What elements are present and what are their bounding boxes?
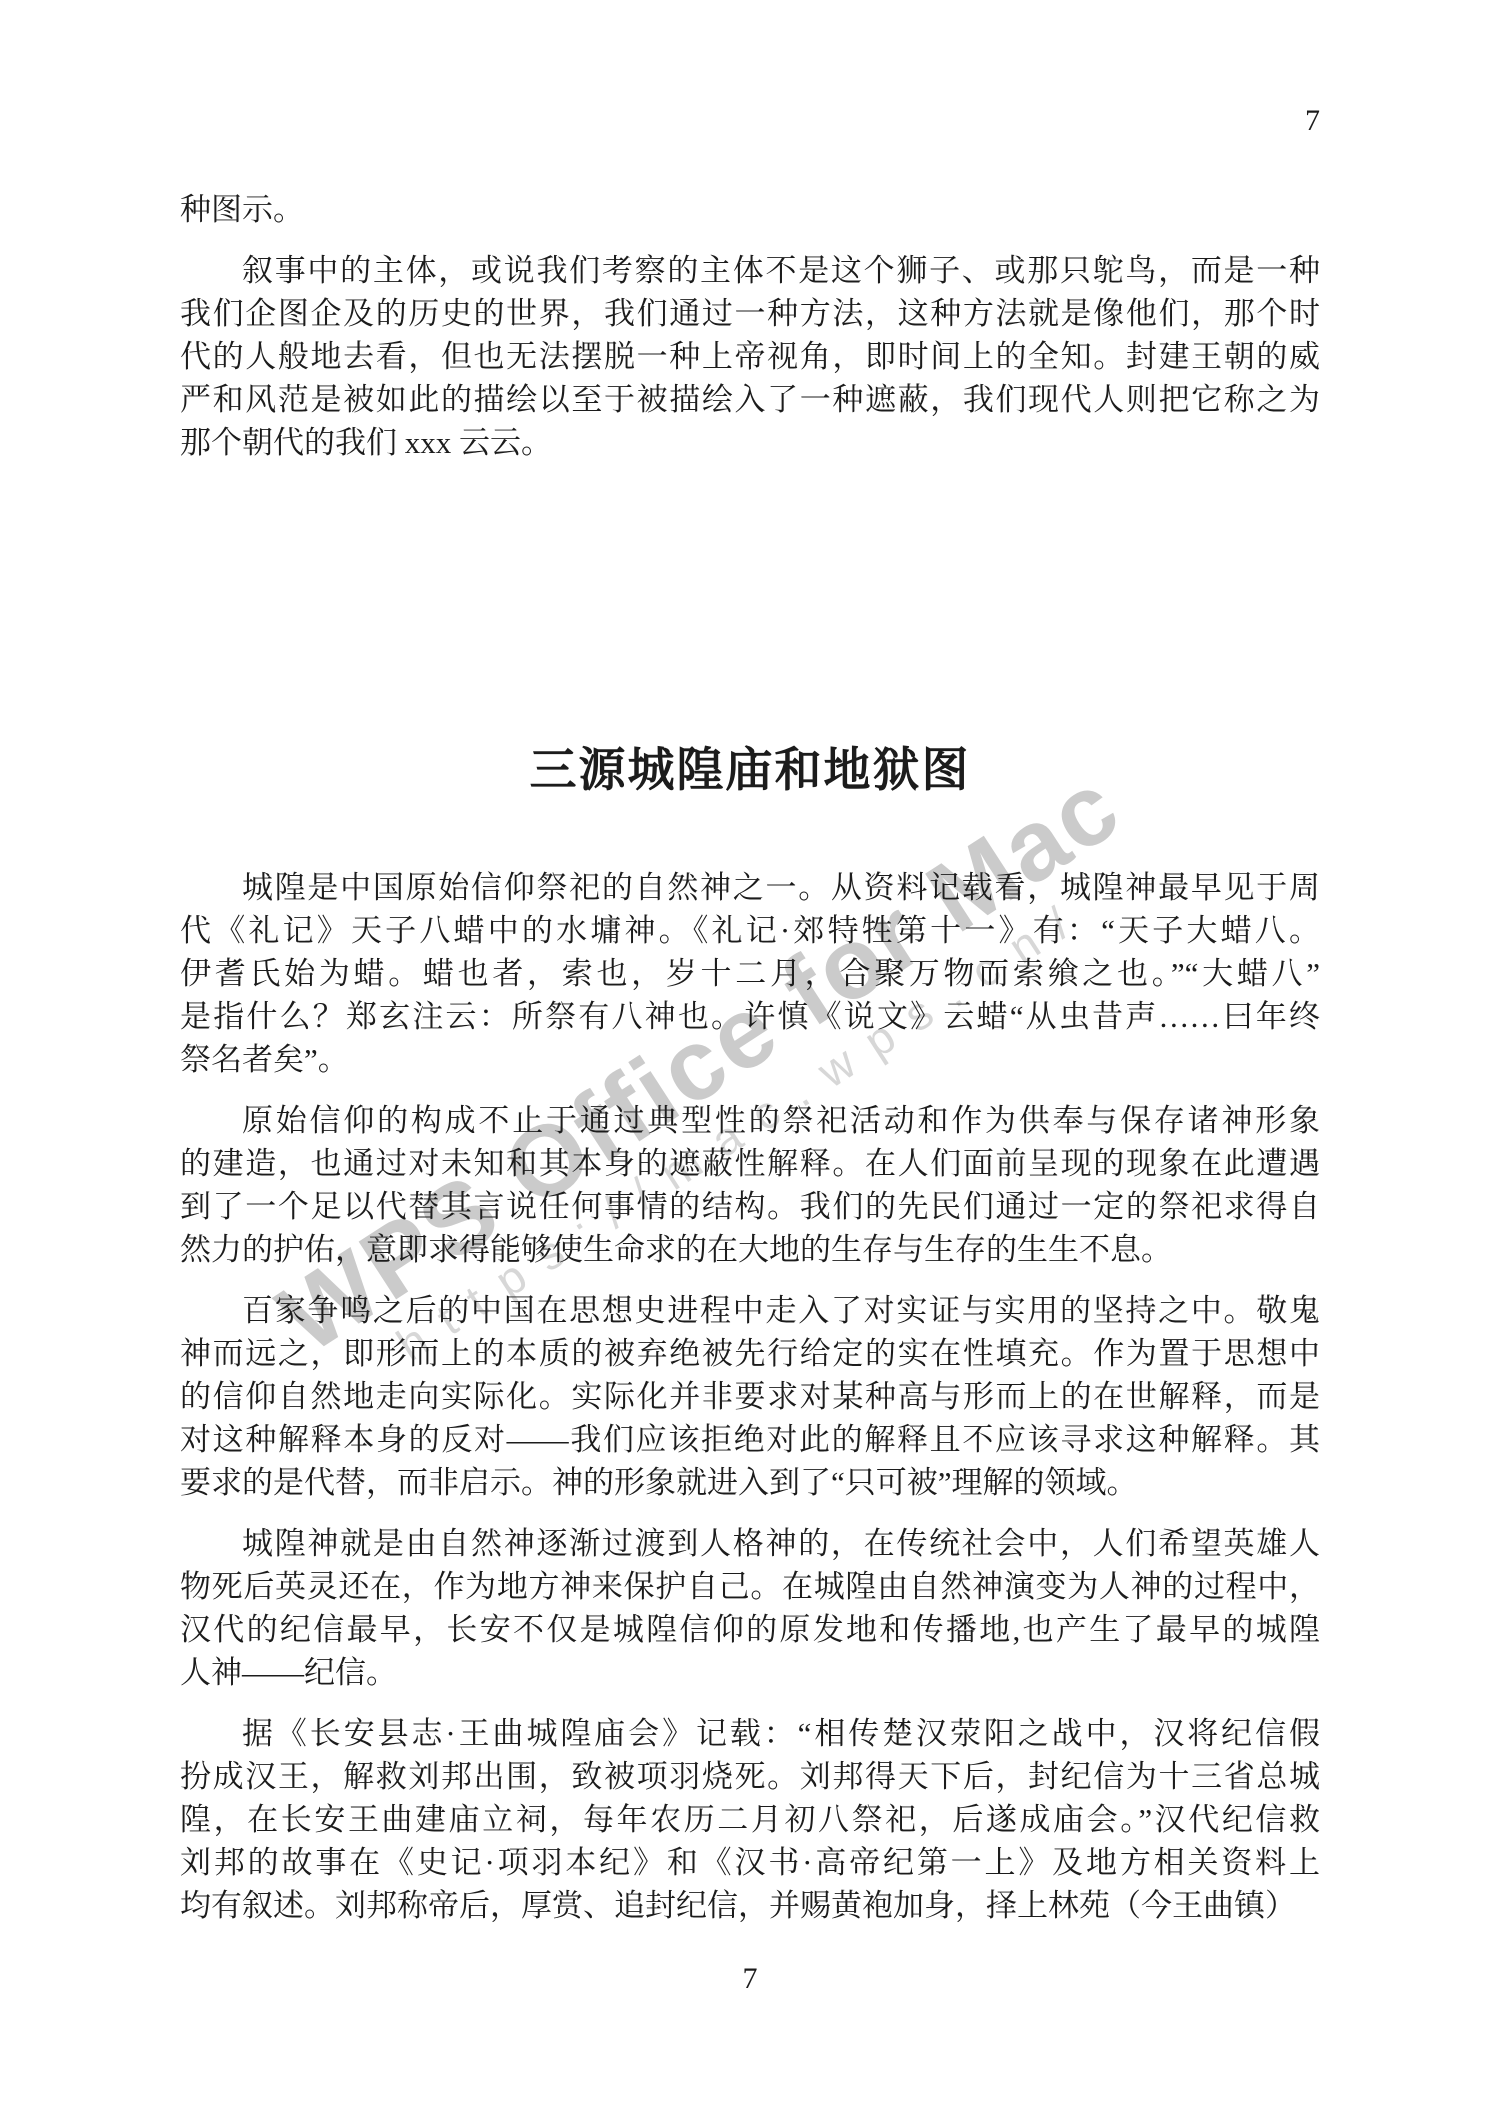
intro-section: 种图示。叙事中的主体，或说我们考察的主体不是这个狮子、或那只鸵鸟，而是一种我们企… <box>180 188 1320 464</box>
paragraph: 百家争鸣之后的中国在思想史进程中走入了对实证与实用的坚持之中。敬鬼神而远之，即形… <box>180 1289 1320 1504</box>
text-line: 那个朝代的我们 xxx 云云。 <box>180 421 1320 464</box>
text-line: 神而远之，即形而上的本质的被弃绝被先行给定的实在性填充。作为置于思想中 <box>180 1332 1320 1375</box>
paragraph: 据《长安县志·王曲城隍庙会》记载：“相传楚汉荥阳之战中，汉将纪信假扮成汉王，解救… <box>180 1712 1320 1927</box>
text-line: 原始信仰的构成不止于通过典型性的祭祀活动和作为供奉与保存诸神形象 <box>180 1099 1320 1142</box>
text-line: 代《礼记》天子八蜡中的水墉神。《礼记·郊特牲第十一》有：“天子大蜡八。 <box>180 909 1320 952</box>
text-line: 是指什么？郑玄注云：所祭有八神也。许慎《说文》云蜡“从虫昔声……曰年终 <box>180 995 1320 1038</box>
text-line: 人神——纪信。 <box>180 1651 1320 1694</box>
paragraph: 原始信仰的构成不止于通过典型性的祭祀活动和作为供奉与保存诸神形象的建造，也通过对… <box>180 1099 1320 1271</box>
text-line: 要求的是代替，而非启示。神的形象就进入到了“只可被”理解的领域。 <box>180 1461 1320 1504</box>
document-page: WPS Office for Mac https://mac.wps.cn/ 7… <box>0 0 1500 2122</box>
text-line: 种图示。 <box>180 188 1320 231</box>
text-line: 严和风范是被如此的描绘以至于被描绘入了一种遮蔽，我们现代人则把它称之为 <box>180 378 1320 421</box>
text-line: 据《长安县志·王曲城隍庙会》记载：“相传楚汉荥阳之战中，汉将纪信假 <box>180 1712 1320 1755</box>
chapter-heading: 三源城隍庙和地狱图 <box>180 740 1320 802</box>
text-line: 汉代的纪信最早，长安不仅是城隍信仰的原发地和传播地,也产生了最早的城隍 <box>180 1608 1320 1651</box>
text-line: 叙事中的主体，或说我们考察的主体不是这个狮子、或那只鸵鸟，而是一种 <box>180 249 1320 292</box>
text-line: 隍，在长安王曲建庙立祠，每年农历二月初八祭祀，后遂成庙会。”汉代纪信救 <box>180 1798 1320 1841</box>
paragraph: 城隍是中国原始信仰祭祀的自然神之一。从资料记载看，城隍神最早见于周代《礼记》天子… <box>180 866 1320 1081</box>
text-line: 百家争鸣之后的中国在思想史进程中走入了对实证与实用的坚持之中。敬鬼 <box>180 1289 1320 1332</box>
text-line: 我们企图企及的历史的世界，我们通过一种方法，这种方法就是像他们，那个时 <box>180 292 1320 335</box>
text-line: 对这种解释本身的反对——我们应该拒绝对此的解释且不应该寻求这种解释。其 <box>180 1418 1320 1461</box>
text-line: 到了一个足以代替其言说任何事情的结构。我们的先民们通过一定的祭祀求得自 <box>180 1185 1320 1228</box>
page-number-bottom: 7 <box>0 1958 1500 1999</box>
text-line: 城隍神就是由自然神逐渐过渡到人格神的，在传统社会中，人们希望英雄人 <box>180 1522 1320 1565</box>
text-line: 代的人般地去看，但也无法摆脱一种上帝视角，即时间上的全知。封建王朝的威 <box>180 335 1320 378</box>
text-line: 扮成汉王，解救刘邦出围，致被项羽烧死。刘邦得天下后，封纪信为十三省总城 <box>180 1755 1320 1798</box>
page-content: 7 种图示。叙事中的主体，或说我们考察的主体不是这个狮子、或那只鸵鸟，而是一种我… <box>180 0 1320 1927</box>
text-line: 城隍是中国原始信仰祭祀的自然神之一。从资料记载看，城隍神最早见于周 <box>180 866 1320 909</box>
page-number-top: 7 <box>180 100 1320 141</box>
paragraph: 城隍神就是由自然神逐渐过渡到人格神的，在传统社会中，人们希望英雄人物死后英灵还在… <box>180 1522 1320 1694</box>
text-line: 物死后英灵还在，作为地方神来保护自己。在城隍由自然神演变为人神的过程中， <box>180 1565 1320 1608</box>
paragraph: 种图示。 <box>180 188 1320 231</box>
chapter-section: 城隍是中国原始信仰祭祀的自然神之一。从资料记载看，城隍神最早见于周代《礼记》天子… <box>180 866 1320 1927</box>
paragraph: 叙事中的主体，或说我们考察的主体不是这个狮子、或那只鸵鸟，而是一种我们企图企及的… <box>180 249 1320 464</box>
text-line: 伊耆氏始为蜡。蜡也者，索也，岁十二月，合聚万物而索飨之也。”“大蜡八” <box>180 952 1320 995</box>
text-line: 刘邦的故事在《史记·项羽本纪》和《汉书·高帝纪第一上》及地方相关资料上 <box>180 1841 1320 1884</box>
text-line: 的信仰自然地走向实际化。实际化并非要求对某种高与形而上的在世解释，而是 <box>180 1375 1320 1418</box>
text-line: 然力的护佑，意即求得能够使生命求的在大地的生存与生存的生生不息。 <box>180 1228 1320 1271</box>
text-line: 的建造，也通过对未知和其本身的遮蔽性解释。在人们面前呈现的现象在此遭遇 <box>180 1142 1320 1185</box>
text-line: 均有叙述。刘邦称帝后，厚赏、追封纪信，并赐黄袍加身，择上林苑（今王曲镇） <box>180 1884 1320 1927</box>
text-line: 祭名者矣”。 <box>180 1038 1320 1081</box>
